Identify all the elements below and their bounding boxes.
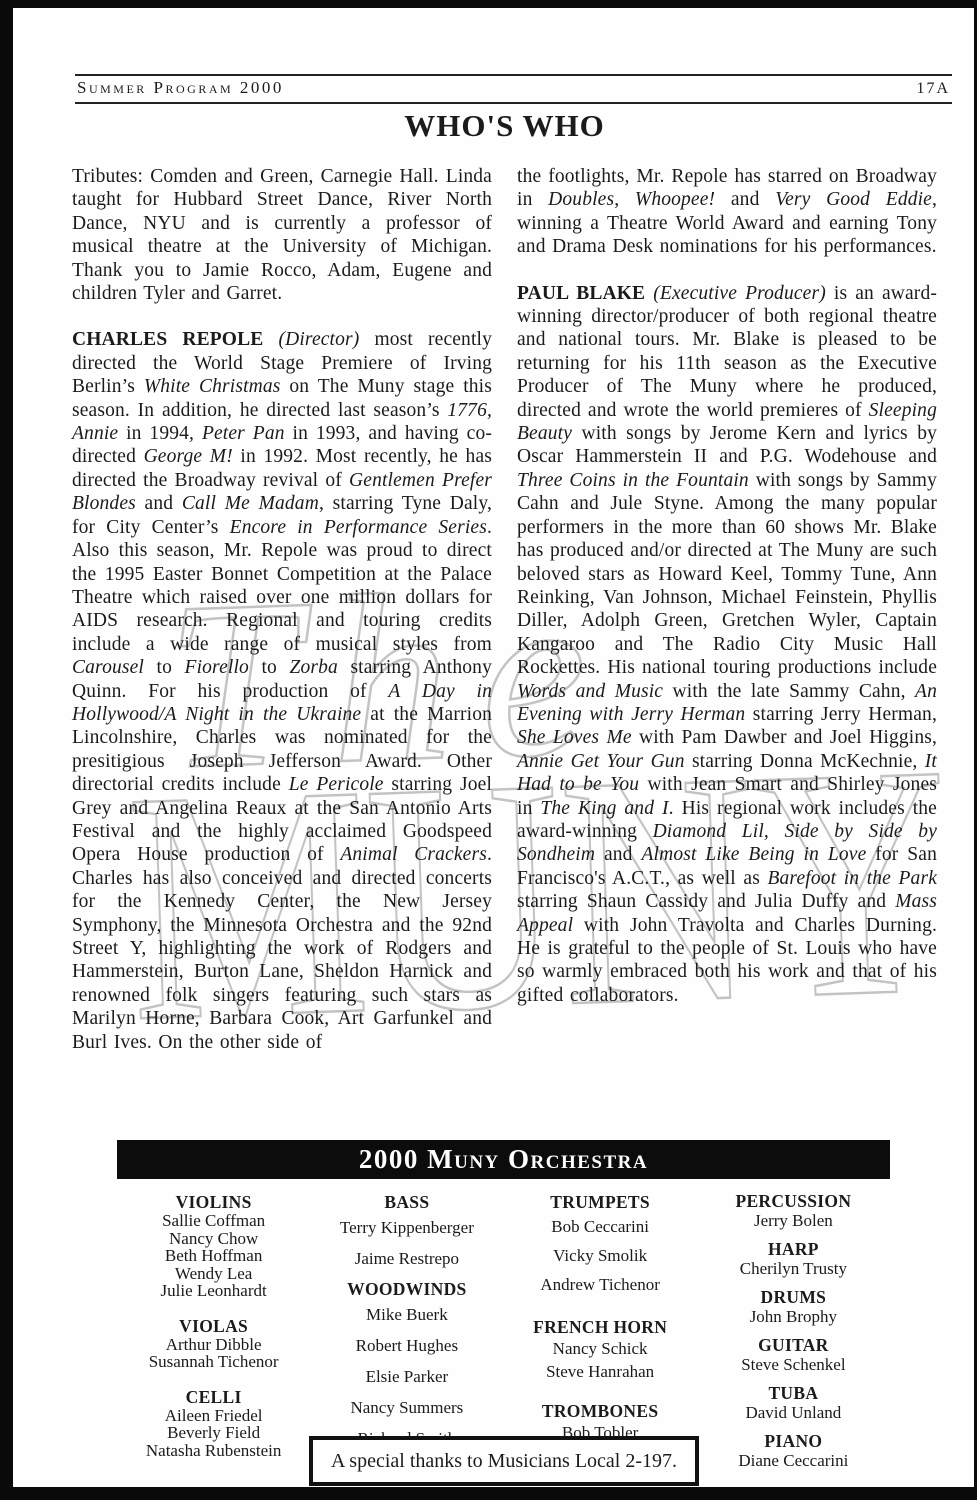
musician-name: Susannah Tichenor <box>117 1353 310 1371</box>
section-title: TRUMPETS <box>504 1192 697 1212</box>
orchestra-section-bass: BASSTerry KippenbergerJaime Restrepo <box>310 1192 503 1274</box>
bio-paragraph: CHARLES REPOLE (Director) most recently … <box>72 328 492 1054</box>
musician-name: Julie Leonhardt <box>117 1282 310 1300</box>
musician-name: Nancy Schick <box>504 1337 697 1360</box>
section-title: PERCUSSION <box>697 1192 890 1211</box>
scan-edge-bottom <box>0 1487 977 1500</box>
section-title: FRENCH HORN <box>504 1317 697 1337</box>
thanks-text: A special thanks to Musicians Local 2-19… <box>331 1450 677 1473</box>
orchestra-section-harp: HARPCherilyn Trusty <box>697 1240 890 1279</box>
musician-name: Steve Schenkel <box>697 1355 890 1375</box>
musician-name: Nancy Chow <box>117 1230 310 1248</box>
orchestra-section-trumpets: TRUMPETSBob CeccariniVicky SmolikAndrew … <box>504 1192 697 1299</box>
section-title: GUITAR <box>697 1336 890 1355</box>
orchestra-banner: 2000 Muny Orchestra <box>117 1140 890 1179</box>
header-publication: Summer Program 2000 <box>77 78 284 98</box>
orchestra-column: PERCUSSIONJerry BolenHARPCherilyn Trusty… <box>697 1192 890 1485</box>
musician-name: Vicky Smolik <box>504 1241 697 1270</box>
orchestra-section-violas: VIOLASArthur DibbleSusannah Tichenor <box>117 1316 310 1371</box>
orchestra-section-woodwinds: WOODWINDSMike BuerkRobert HughesElsie Pa… <box>310 1279 503 1454</box>
musician-name: Wendy Lea <box>117 1265 310 1283</box>
musician-name: Bob Ceccarini <box>504 1212 697 1241</box>
scan-edge-left <box>0 0 13 1500</box>
musician-name: Aileen Friedel <box>117 1407 310 1425</box>
section-title: HARP <box>697 1240 890 1259</box>
musician-name: Beth Hoffman <box>117 1247 310 1265</box>
orchestra-section-french-horn: FRENCH HORNNancy SchickSteve Hanrahan <box>504 1317 697 1383</box>
thanks-box: A special thanks to Musicians Local 2-19… <box>309 1436 699 1486</box>
orchestra-column: VIOLINSSallie CoffmanNancy ChowBeth Hoff… <box>117 1192 310 1485</box>
musician-name: Beverly Field <box>117 1424 310 1442</box>
musician-name: John Brophy <box>697 1307 890 1327</box>
bio-paragraph: Tributes: Comden and Green, Carnegie Hal… <box>72 165 492 305</box>
page-header: Summer Program 2000 17A <box>75 74 952 104</box>
bio-paragraph: the footlights, Mr. Repole has starred o… <box>517 165 937 259</box>
bio-columns: Tributes: Comden and Green, Carnegie Hal… <box>72 165 937 1054</box>
musician-name: Natasha Rubenstein <box>117 1442 310 1460</box>
page-title: WHO'S WHO <box>72 108 937 144</box>
musician-name: Robert Hughes <box>310 1330 503 1361</box>
page-number: 17A <box>916 80 950 98</box>
section-title: VIOLAS <box>117 1316 310 1336</box>
orchestra-section-guitar: GUITARSteve Schenkel <box>697 1336 890 1375</box>
orchestra-section-piano: PIANODiane Ceccarini <box>697 1432 890 1471</box>
section-title: TROMBONES <box>504 1401 697 1421</box>
orchestra-section-tuba: TUBADavid Unland <box>697 1384 890 1423</box>
musician-name: Diane Ceccarini <box>697 1451 890 1471</box>
musician-name: Mike Buerk <box>310 1299 503 1330</box>
section-title: BASS <box>310 1192 503 1212</box>
musician-name: Andrew Tichenor <box>504 1270 697 1299</box>
musician-name: Jerry Bolen <box>697 1211 890 1231</box>
musician-name: Jaime Restrepo <box>310 1243 503 1274</box>
scan-edge-top <box>0 0 977 8</box>
musician-name: David Unland <box>697 1403 890 1423</box>
section-title: TUBA <box>697 1384 890 1403</box>
orchestra-section-violins: VIOLINSSallie CoffmanNancy ChowBeth Hoff… <box>117 1192 310 1300</box>
orchestra-section-drums: DRUMSJohn Brophy <box>697 1288 890 1327</box>
musician-name: Steve Hanrahan <box>504 1360 697 1383</box>
musician-name: Arthur Dibble <box>117 1336 310 1354</box>
musician-name: Terry Kippenberger <box>310 1212 503 1243</box>
musician-name: Cherilyn Trusty <box>697 1259 890 1279</box>
musician-name: Elsie Parker <box>310 1361 503 1392</box>
section-title: CELLI <box>117 1387 310 1407</box>
musician-name: Nancy Summers <box>310 1392 503 1423</box>
program-page: The MUNY Summer Program 2000 17A WHO'S W… <box>0 0 977 1500</box>
orchestra-section-celli: CELLIAileen FriedelBeverly FieldNatasha … <box>117 1387 310 1460</box>
section-title: WOODWINDS <box>310 1279 503 1299</box>
bio-column-left: Tributes: Comden and Green, Carnegie Hal… <box>72 165 492 1054</box>
bio-column-right: the footlights, Mr. Repole has starred o… <box>517 165 937 1054</box>
bio-paragraph: PAUL BLAKE (Executive Producer) is an aw… <box>517 282 937 1008</box>
section-title: DRUMS <box>697 1288 890 1307</box>
orchestra-section-percussion: PERCUSSIONJerry Bolen <box>697 1192 890 1231</box>
section-title: PIANO <box>697 1432 890 1451</box>
orchestra-title: 2000 Muny Orchestra <box>359 1144 648 1174</box>
section-title: VIOLINS <box>117 1192 310 1212</box>
musician-name: Sallie Coffman <box>117 1212 310 1230</box>
